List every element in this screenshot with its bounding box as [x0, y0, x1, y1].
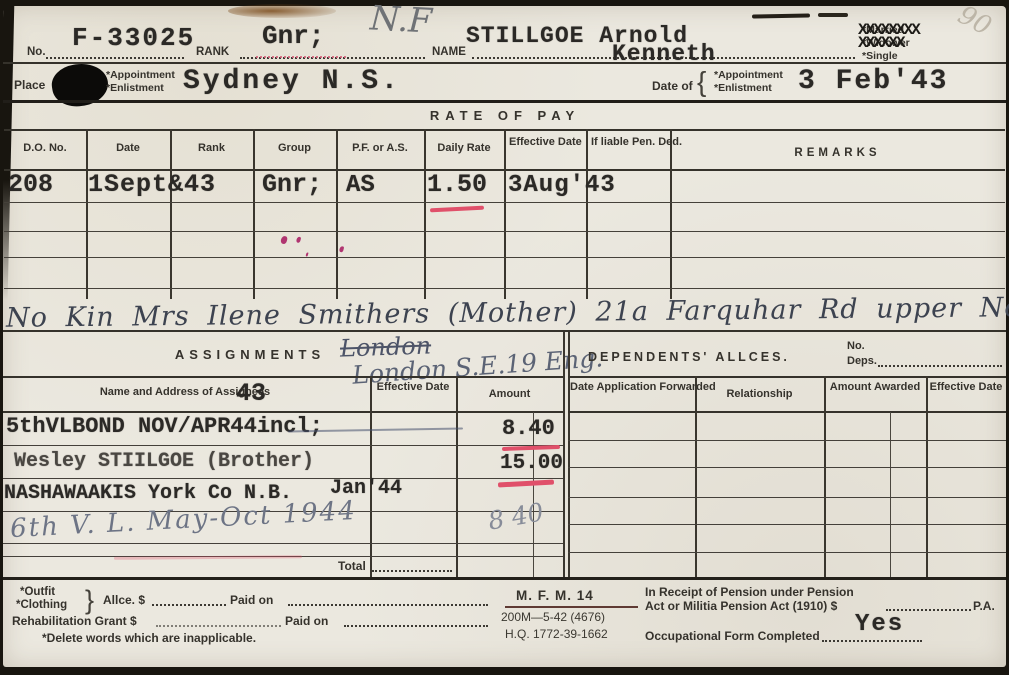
enlistment-date-value: 3 Feb'43: [798, 66, 948, 97]
dep-row-line: [568, 497, 1006, 498]
pension-line1: In Receipt of Pension under Pension: [645, 585, 854, 599]
pay-row-line: [4, 202, 1005, 203]
section-divider-line: [563, 332, 565, 578]
rule-under-nok: [3, 330, 1006, 332]
pay-col-line: [253, 129, 255, 299]
assign-row2-amount: 15.00: [500, 452, 563, 475]
paid-on-leader1: [288, 603, 488, 606]
dep-col-line: [824, 376, 826, 577]
card-paper: [3, 6, 1006, 667]
rehab-leader: [156, 624, 281, 627]
no-leader: [46, 56, 184, 59]
rank-label: RANK: [196, 46, 229, 58]
hq-code: H.Q. 1772-39-1662: [505, 627, 608, 641]
assign-col-amount: Amount: [456, 388, 563, 400]
assign-row1-name: 5thVLBOND NOV/APR44incl;: [6, 414, 323, 439]
dep-header-sep: [568, 411, 1006, 413]
pay-entry-daily-rate: 1.50: [427, 170, 487, 199]
pay-col-daily-rate: Daily Rate: [424, 142, 504, 154]
pay-entry-do-no: 208: [8, 170, 53, 199]
pay-col-effective-date: Effective Date: [509, 136, 581, 149]
assign-row-line: [3, 445, 563, 446]
dep-col-line: [695, 376, 697, 577]
pay-row-line: [4, 288, 1005, 289]
pa-label: P.A.: [973, 599, 995, 613]
place-value: Sydney N.S.: [183, 66, 401, 97]
dep-row-line: [568, 440, 1006, 441]
pay-col-line: [504, 129, 506, 299]
paid-on-label2: Paid on: [285, 614, 328, 628]
date-of-label: Date of: [652, 79, 693, 93]
print-code: 200M—5-42 (4676): [501, 610, 605, 624]
dep-col-date-forwarded: Date Application Forwarded: [570, 381, 695, 394]
pay-col-date: Date: [86, 142, 170, 154]
pay-col-if-liable: If liable Pen. Ded.: [591, 136, 665, 149]
assignments-title: ASSIGNMENTS: [150, 347, 350, 362]
ink-dash-mark: [818, 13, 848, 17]
service-number: F-33025: [72, 23, 195, 53]
pay-entry-effective-date: 3Aug'43: [508, 172, 616, 199]
deps-leader: [878, 364, 1002, 367]
total-label: Total: [338, 559, 366, 573]
delete-note: *Delete words which are inapplicable.: [42, 631, 256, 645]
pay-col-line: [86, 129, 88, 299]
dep-col-amount-awarded: Amount Awarded: [826, 381, 924, 394]
assign-col-effective: Effective Date: [375, 381, 451, 394]
marital-single: *Single: [862, 50, 898, 62]
deps-no-label: No.: [847, 340, 865, 352]
place-label: Place: [14, 78, 45, 92]
section-divider-line: [568, 332, 570, 578]
pay-row-line: [4, 257, 1005, 258]
assign-header-sep: [3, 411, 563, 413]
no-label: No.: [27, 46, 46, 58]
assign-overlay-year: 43: [236, 379, 266, 408]
pay-col-rank: Rank: [170, 142, 253, 154]
place-enlistment-label: *Enlistment: [106, 82, 164, 94]
allce-label: Allce. $: [103, 593, 145, 607]
allce-leader: [152, 603, 226, 606]
occupational-leader: [822, 639, 922, 642]
assign-row-line: [3, 543, 563, 544]
deps-label: Deps.: [847, 355, 877, 367]
place-appointment-label: *Appointment: [106, 69, 175, 81]
date-brace: {: [697, 66, 706, 98]
date-enlistment-label: *Enlistment: [714, 82, 772, 94]
dep-col-relationship: Relationship: [695, 388, 824, 400]
dep-table-top: [568, 376, 1006, 378]
assign-col-line: [456, 376, 458, 577]
paid-on-label1: Paid on: [230, 593, 273, 607]
dep-col-effective-date: Effective Date: [926, 381, 1006, 394]
assign-row2-name: Wesley STIILGOE (Brother): [14, 450, 314, 473]
pencil-note-nf: N.F: [369, 0, 433, 42]
assign-row-line: [3, 478, 563, 479]
pension-line2: Act or Militia Pension Act (1910) $: [645, 599, 837, 613]
pay-col-group: Group: [253, 142, 336, 154]
dep-row-line: [568, 524, 1006, 525]
pay-col-line: [170, 129, 172, 299]
pay-col-line: [336, 129, 338, 299]
scanned-pay-card: N.F 90 No. F-33025 RANK Gnr; NAME STILLG…: [0, 0, 1009, 675]
total-leader: [372, 569, 452, 572]
pay-entry-date: 1Sept&43: [88, 170, 216, 199]
assign-table-top: [3, 376, 563, 378]
rank-value: Gnr;: [262, 21, 324, 51]
pay-entry-rank: Gnr;: [262, 170, 322, 199]
pay-col-pf-as: P.F. or A.S.: [336, 142, 424, 154]
pay-col-do-no: D.O. No.: [4, 142, 86, 154]
pay-col-remarks: REMARKS: [670, 147, 1005, 159]
name-label: NAME: [432, 46, 466, 58]
pay-entry-pf-as: AS: [346, 172, 375, 199]
form-number-underline: [505, 606, 638, 608]
dependents-title: DEPENDENTS' ALLCES.: [588, 350, 790, 364]
rate-of-pay-title: RATE OF PAY: [380, 108, 630, 123]
pay-col-line: [586, 129, 588, 299]
occupational-value: Yes: [855, 611, 904, 638]
assign-col-name: Name and Address of Assignees: [10, 386, 360, 398]
form-number: M. F. M. 14: [516, 588, 594, 603]
dep-row-line: [568, 552, 1006, 553]
footer-brace: }: [85, 585, 94, 616]
rank-leader-red: [256, 55, 346, 58]
occupational-label: Occupational Form Completed: [645, 629, 820, 643]
date-appointment-label: *Appointment: [714, 69, 783, 81]
tables-bottom-heavy-line: [3, 577, 1006, 580]
paid-on-leader2: [344, 624, 488, 627]
rule-under-header2: [3, 100, 1006, 103]
dep-row-line: [568, 467, 1006, 468]
pay-col-line: [424, 129, 426, 299]
assign-row1-amount: 8.40: [502, 416, 555, 441]
dep-col-line: [926, 376, 928, 577]
outfit-label: *Outfit: [20, 586, 55, 598]
rule-under-header1: [3, 62, 1006, 64]
rehab-label: Rehabilitation Grant $: [12, 614, 137, 628]
clothing-label: *Clothing: [16, 599, 67, 611]
stain-brown: [228, 4, 336, 18]
pay-row-line: [4, 231, 1005, 232]
